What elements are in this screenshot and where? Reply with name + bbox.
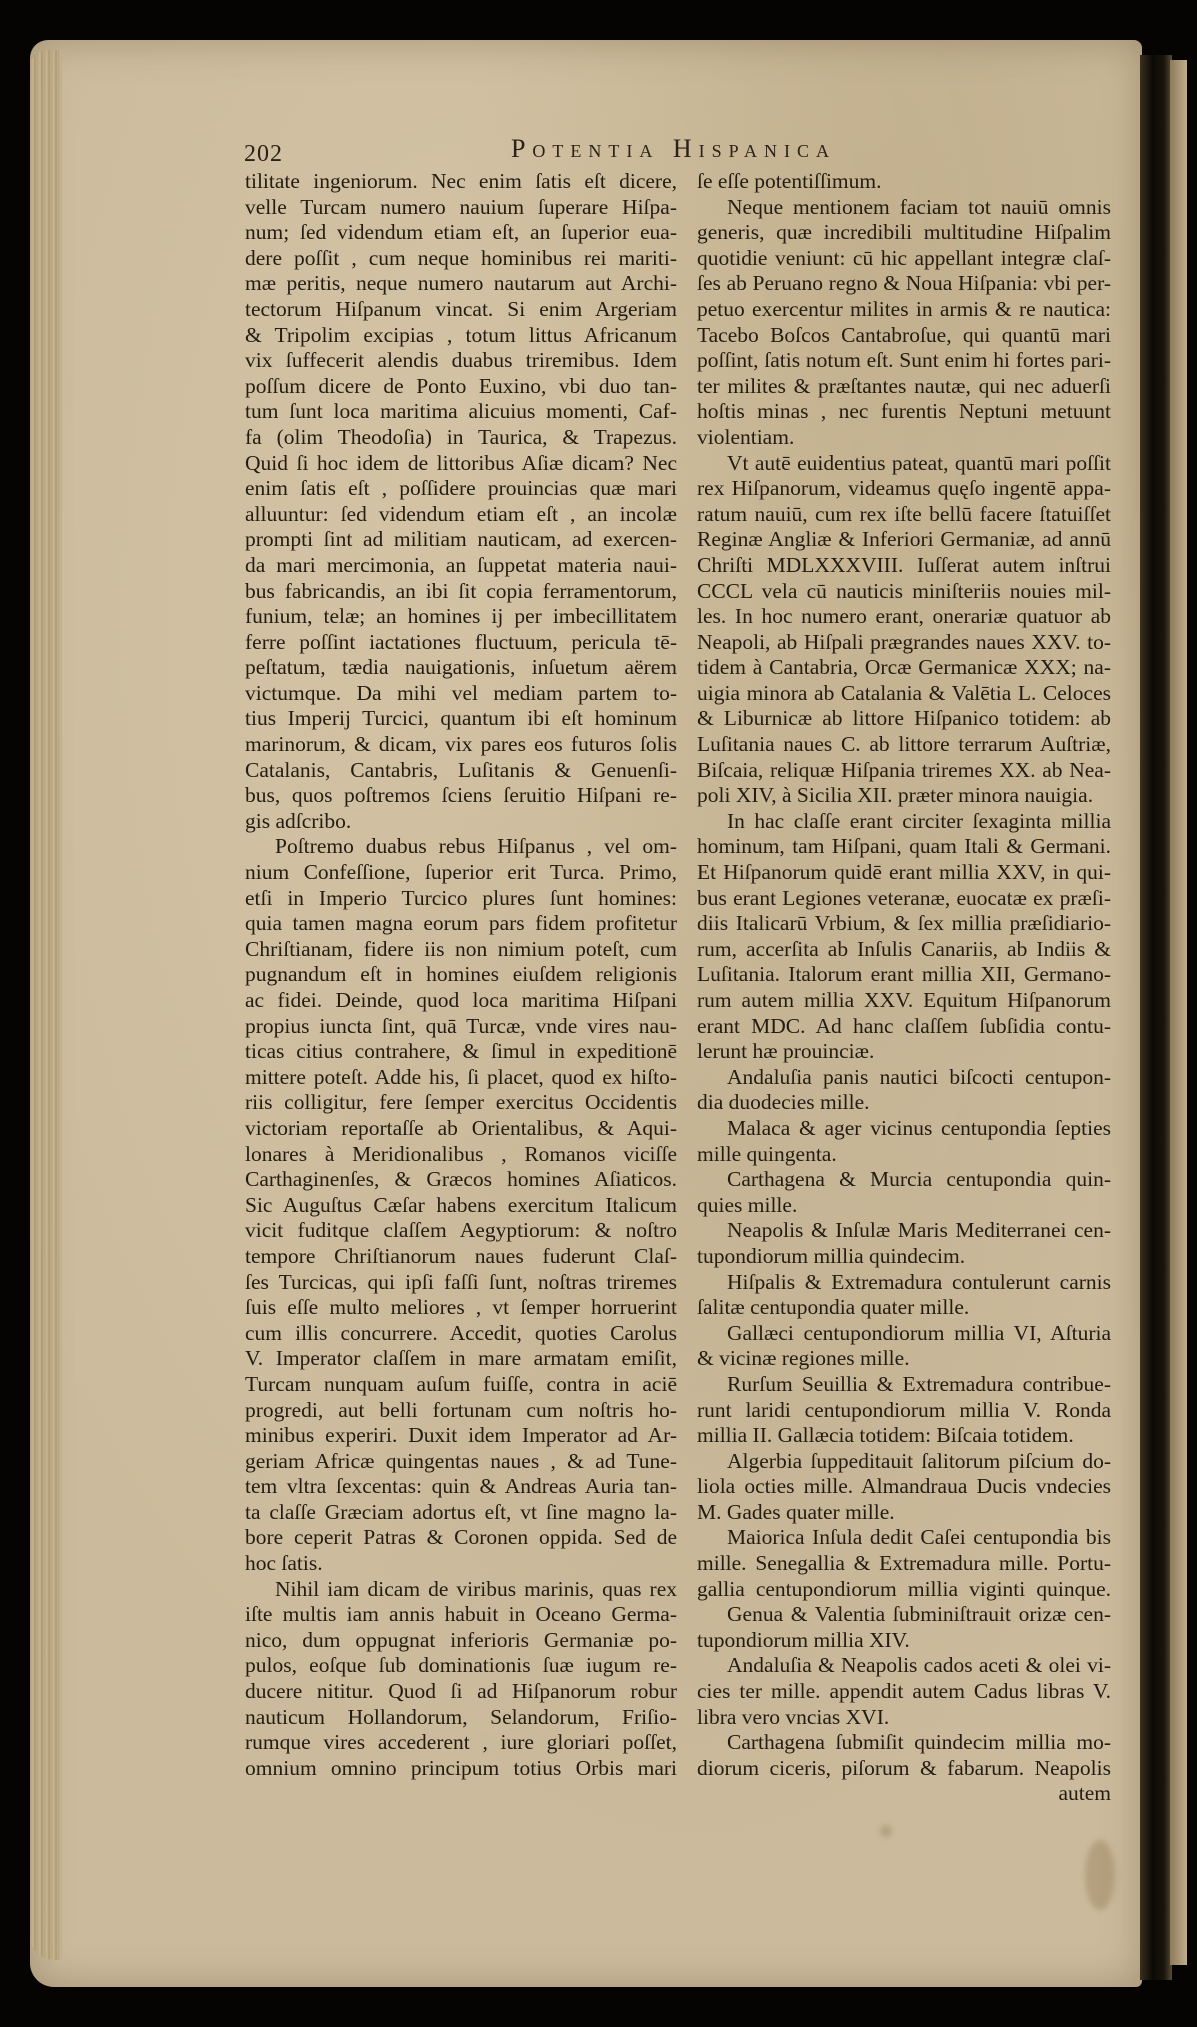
text-line: Quid ſi hoc idem de littoribus Aſiæ dica… bbox=[245, 451, 677, 477]
text-line: tupondiorum millia XIV. bbox=[697, 1628, 1111, 1654]
text-line: enim ſatis eſt , poſſidere prouincias qu… bbox=[245, 476, 677, 502]
text-line: ratum nauiū, cum rex iſte bellū facere ſ… bbox=[697, 502, 1111, 528]
text-line: num; ſed videndum etiam eſt, an ſuperior… bbox=[245, 220, 677, 246]
text-line: Malaca & ager vicinus centupondia ſeptie… bbox=[697, 1116, 1111, 1142]
text-line: millia II. Gallæcia totidem: Biſcaia tot… bbox=[697, 1423, 1111, 1449]
text-line: vix ſuffecerit alendis duabus triremibus… bbox=[245, 348, 677, 374]
text-line: nium Confeſſione, ſuperior erit Turca. P… bbox=[245, 860, 677, 886]
text-line: runt laridi centupondiorum millia V. Ron… bbox=[697, 1398, 1111, 1424]
foxing-stain bbox=[880, 1825, 892, 1837]
text-line: Luſitania naues C. ab littore terrarum A… bbox=[697, 732, 1111, 758]
text-line: tius Imperij Turcici, quantum ibi eſt ho… bbox=[245, 706, 677, 732]
text-line: cum illis concurrere. Accedit, quoties C… bbox=[245, 1321, 677, 1347]
text-line: tum ſunt loca maritima alicuius momenti,… bbox=[245, 399, 677, 425]
text-line: mille quingenta. bbox=[697, 1142, 1111, 1168]
text-line: quies mille. bbox=[697, 1193, 1111, 1219]
text-line: Tacebo Boſcos Cantabroſue, qui quantū ma… bbox=[697, 323, 1111, 349]
text-line: mittere poteſt. Adde his, ſi placet, quo… bbox=[245, 1065, 677, 1091]
text-line: dere poſſit , cum neque hominibus rei ma… bbox=[245, 246, 677, 272]
book-gutter bbox=[1140, 55, 1172, 1980]
text-line: Neapoli, ab Hiſpali prægrandes naues XXV… bbox=[697, 630, 1111, 656]
text-line: Neapolis & Inſulæ Maris Mediterranei cen… bbox=[697, 1218, 1111, 1244]
text-line: lerunt hæ prouinciæ. bbox=[697, 1039, 1111, 1065]
text-line: gallia centupondiorum millia viginti qui… bbox=[697, 1577, 1111, 1603]
text-line: Turcam nunquam auſum fuiſſe, contra in a… bbox=[245, 1372, 677, 1398]
text-line: dia duodecies mille. bbox=[697, 1090, 1111, 1116]
text-line: iſte multis iam annis habuit in Oceano G… bbox=[245, 1602, 677, 1628]
text-line: Poſtremo duabus rebus Hiſpanus , vel om- bbox=[245, 834, 677, 860]
text-line: ferre poſſint iactationes fluctuum, peri… bbox=[245, 630, 677, 656]
text-line: Carthagena & Murcia centupondia quin- bbox=[697, 1167, 1111, 1193]
text-line: Hiſpalis & Extremadura contulerunt carni… bbox=[697, 1270, 1111, 1296]
text-line: ta claſſe Græciam adortus eſt, vt ſine m… bbox=[245, 1500, 677, 1526]
text-line: funium, telæ; an homines ij per imbecill… bbox=[245, 604, 677, 630]
text-line: da mari mercimonia, an ſuppetat materia … bbox=[245, 553, 677, 579]
text-line: progredi, aut belli fortunam cum noſtris… bbox=[245, 1398, 677, 1424]
text-line: Et Hiſpanorum quidē erant millia XXV, in… bbox=[697, 860, 1111, 886]
text-line: Chriſti MDLXXXVIII. Iuſſerat autem inſtr… bbox=[697, 553, 1111, 579]
text-line: Carthagena ſubmiſit quindecim millia mo- bbox=[697, 1730, 1111, 1756]
text-line: minibus experiri. Duxit idem Imperator a… bbox=[245, 1423, 677, 1449]
text-line: generis, quæ incredibili multitudine Hiſ… bbox=[697, 220, 1111, 246]
text-line: tem vltra ſexcentas: quin & Andreas Auri… bbox=[245, 1474, 677, 1500]
text-line: poſſum dicere de Ponto Euxino, vbi duo t… bbox=[245, 374, 677, 400]
text-line: libra vero vncias XVI. bbox=[697, 1705, 1111, 1731]
text-line: victoriam reportaſſe ab Orientalibus, & … bbox=[245, 1116, 677, 1142]
text-line: Neque mentionem faciam tot nauiū omnis bbox=[697, 195, 1111, 221]
text-line: quia tamen magna eorum pars fidem profit… bbox=[245, 911, 677, 937]
text-line: geriam Africæ quingentas naues , & ad Tu… bbox=[245, 1449, 677, 1475]
text-line: ſes ab Peruano regno & Noua Hiſpania: vb… bbox=[697, 271, 1111, 297]
text-line: mille. Senegallia & Extremadura mille. P… bbox=[697, 1551, 1111, 1577]
text-line: Catalanis, Cantabris, Luſitanis & Genuen… bbox=[245, 758, 677, 784]
text-line: etſi in Imperio Turcico plures ſunt homi… bbox=[245, 886, 677, 912]
text-line: propius iuncta ſint, quā Turcæ, vnde vir… bbox=[245, 1014, 677, 1040]
text-line: bus, quos poſtremos ſciens ſeruitio Hiſp… bbox=[245, 783, 677, 809]
text-line: ducere nititur. Quod ſi ad Hiſpanorum ro… bbox=[245, 1679, 677, 1705]
facing-page-edge bbox=[1170, 60, 1187, 1965]
text-line: & vicinæ regiones mille. bbox=[697, 1346, 1111, 1372]
text-line: les. In hoc numero erant, onerariæ quatu… bbox=[697, 604, 1111, 630]
text-line: tidem à Cantabria, Orcæ Germanicæ XXX; n… bbox=[697, 655, 1111, 681]
text-line: hoſtis minas , nec furentis Neptuni metu… bbox=[697, 399, 1111, 425]
text-line: ſes Turcicas, qui ipſi faſſi ſunt, noſtr… bbox=[245, 1270, 677, 1296]
text-line: lonares à Meridionalibus , Romanos viciſ… bbox=[245, 1142, 677, 1168]
text-line: tempore Chriſtianorum naues fuderunt Cla… bbox=[245, 1244, 677, 1270]
text-line: Vt autē euidentius pateat, quantū mari p… bbox=[697, 451, 1111, 477]
text-line: cies ter mille. appendit autem Cadus lib… bbox=[697, 1679, 1111, 1705]
text-line: poſſint, ſatis notum eſt. Sunt enim hi f… bbox=[697, 348, 1111, 374]
text-line: Rurſum Seuillia & Extremadura contribue- bbox=[697, 1372, 1111, 1398]
text-line: diis Italicarū Vrbium, & ſex millia præſ… bbox=[697, 911, 1111, 937]
text-line: vicit fuditque claſſem Aegyptiorum: & no… bbox=[245, 1218, 677, 1244]
text-line: marinorum, & dicam, vix pares eos futuro… bbox=[245, 732, 677, 758]
text-line: In hac claſſe erant circiter ſexaginta m… bbox=[697, 809, 1111, 835]
text-line: tilitate ingeniorum. Nec enim ſatis eſt … bbox=[245, 169, 677, 195]
text-line: CCCL vela cū nauticis miniſteriis nouies… bbox=[697, 579, 1111, 605]
text-line: bus erant Legiones veteranæ, euocatæ ex … bbox=[697, 886, 1111, 912]
text-line: Gallæci centupondiorum millia VI, Aſturi… bbox=[697, 1321, 1111, 1347]
text-line: riis colligitur, fere ſemper exercitus O… bbox=[245, 1090, 677, 1116]
text-line: poli XIV, à Sicilia XII. præter minora n… bbox=[697, 783, 1111, 809]
text-line: rex Hiſpanorum, videamus quęſo ingentē a… bbox=[697, 476, 1111, 502]
text-line: & Liburnicæ ab littore Hiſpanico totidem… bbox=[697, 706, 1111, 732]
text-line: Andaluſia & Neapolis cados aceti & olei … bbox=[697, 1653, 1111, 1679]
text-line: petuo exercentur milites in armis & re n… bbox=[697, 297, 1111, 323]
text-line: Algerbia ſuppeditauit ſalitorum piſcium … bbox=[697, 1449, 1111, 1475]
text-line: diorum ciceris, piſorum & fabarum. Neapo… bbox=[697, 1756, 1111, 1782]
text-line: liola octies mille. Almandraua Ducis vnd… bbox=[697, 1474, 1111, 1500]
text-line: nauticum Hollandorum, Selandorum, Friſio… bbox=[245, 1705, 677, 1731]
text-line: fa (olim Theodoſia) in Taurica, & Trapez… bbox=[245, 425, 677, 451]
text-line: hoc ſatis. bbox=[245, 1551, 677, 1577]
text-line: omnium omnino principum totius Orbis mar… bbox=[245, 1756, 677, 1782]
text-line: autem bbox=[697, 1781, 1111, 1807]
text-line: uigia minora ab Catalania & Valētia L. C… bbox=[697, 681, 1111, 707]
text-line: ter milites & præſtantes nautæ, qui nec … bbox=[697, 374, 1111, 400]
text-line: alluuntur: ſed videndum etiam eſt , an i… bbox=[245, 502, 677, 528]
text-line: nico, dum oppugnat inferioris Germaniæ p… bbox=[245, 1628, 677, 1654]
text-line: Nihil iam dicam de viribus marinis, quas… bbox=[245, 1577, 677, 1603]
text-line: Biſcaia, reliquæ Hiſpania triremes XX. a… bbox=[697, 758, 1111, 784]
text-line: Sic Auguſtus Cæſar habens exercitum Ital… bbox=[245, 1193, 677, 1219]
page-stack-edges bbox=[30, 50, 62, 1960]
text-line: Reginæ Angliæ & Inferiori Germaniæ, ad a… bbox=[697, 527, 1111, 553]
text-line: gis adſcribo. bbox=[245, 809, 677, 835]
text-line: Andaluſia panis nautici biſcocti centupo… bbox=[697, 1065, 1111, 1091]
text-line: Genua & Valentia ſubminiſtrauit orizæ ce… bbox=[697, 1602, 1111, 1628]
text-line: tupondiorum millia quindecim. bbox=[697, 1244, 1111, 1270]
text-line: tectorum Hiſpanum vincat. Si enim Argeri… bbox=[245, 297, 677, 323]
text-line: bore ceperit Patras & Coronen oppida. Se… bbox=[245, 1525, 677, 1551]
text-line: prompti ſint ad militiam nauticam, ad ex… bbox=[245, 527, 677, 553]
text-line: Maiorica Inſula dedit Caſei centupondia … bbox=[697, 1525, 1111, 1551]
text-line: mæ peritis, neque numero nautarum aut Ar… bbox=[245, 271, 677, 297]
text-line: Luſitania. Italorum erant millia XII, Ge… bbox=[697, 962, 1111, 988]
text-line: victumque. Da mihi vel mediam partem to- bbox=[245, 681, 677, 707]
text-line: rum autem millia XXV. Equitum Hiſpanorum bbox=[697, 988, 1111, 1014]
text-line: ſuis eſſe multo meliores , vt ſemper hor… bbox=[245, 1295, 677, 1321]
text-line: Chriſtianam, fidere iis non nimium poteſ… bbox=[245, 937, 677, 963]
text-line: Carthaginenſes, & Græcos homines Aſiatic… bbox=[245, 1167, 677, 1193]
text-line: rumque vires accederent , iure gloriari … bbox=[245, 1730, 677, 1756]
text-line: velle Turcam numero nauium ſuperare Hiſp… bbox=[245, 195, 677, 221]
text-line: M. Gades quater mille. bbox=[697, 1500, 1111, 1526]
text-line: erant MDC. Ad hanc claſſem ſubſidia cont… bbox=[697, 1014, 1111, 1040]
text-line: pugnandum eſt in homines eiuſdem religio… bbox=[245, 962, 677, 988]
text-line: quotidie veniunt: cū hic appellant integ… bbox=[697, 246, 1111, 272]
running-head: Potentia Hispanica bbox=[0, 134, 1197, 164]
text-line: ſalitæ centupondia quater mille. bbox=[697, 1295, 1111, 1321]
text-line: violentiam. bbox=[697, 425, 1111, 451]
text-line: hominum, tam Hiſpani, quam Itali & Germa… bbox=[697, 834, 1111, 860]
text-line: peſtatum, tædia nauigationis, inſuetum a… bbox=[245, 655, 677, 681]
text-line: rum, accerſita ab Inſulis Canariis, ab I… bbox=[697, 937, 1111, 963]
text-line: & Tripolim excipias , totum littus Afric… bbox=[245, 323, 677, 349]
left-text-column: tilitate ingeniorum. Nec enim ſatis eſt … bbox=[245, 169, 677, 1781]
right-text-column: ſe eſſe potentiſſimum.Neque mentionem fa… bbox=[697, 169, 1111, 1807]
text-line: V. Imperator claſſem in mare armatam emi… bbox=[245, 1346, 677, 1372]
text-line: ac fidei. Deinde, quod loca maritima Hiſ… bbox=[245, 988, 677, 1014]
text-line: ſe eſſe potentiſſimum. bbox=[697, 169, 1111, 195]
text-line: bus fabricandis, an ibi ſit copia ferram… bbox=[245, 579, 677, 605]
text-line: pulos, eoſque ſub dominationis ſuæ iugum… bbox=[245, 1653, 677, 1679]
text-line: ticas citius contrahere, & ſimul in expe… bbox=[245, 1039, 677, 1065]
foxing-stain bbox=[1085, 1840, 1115, 1910]
